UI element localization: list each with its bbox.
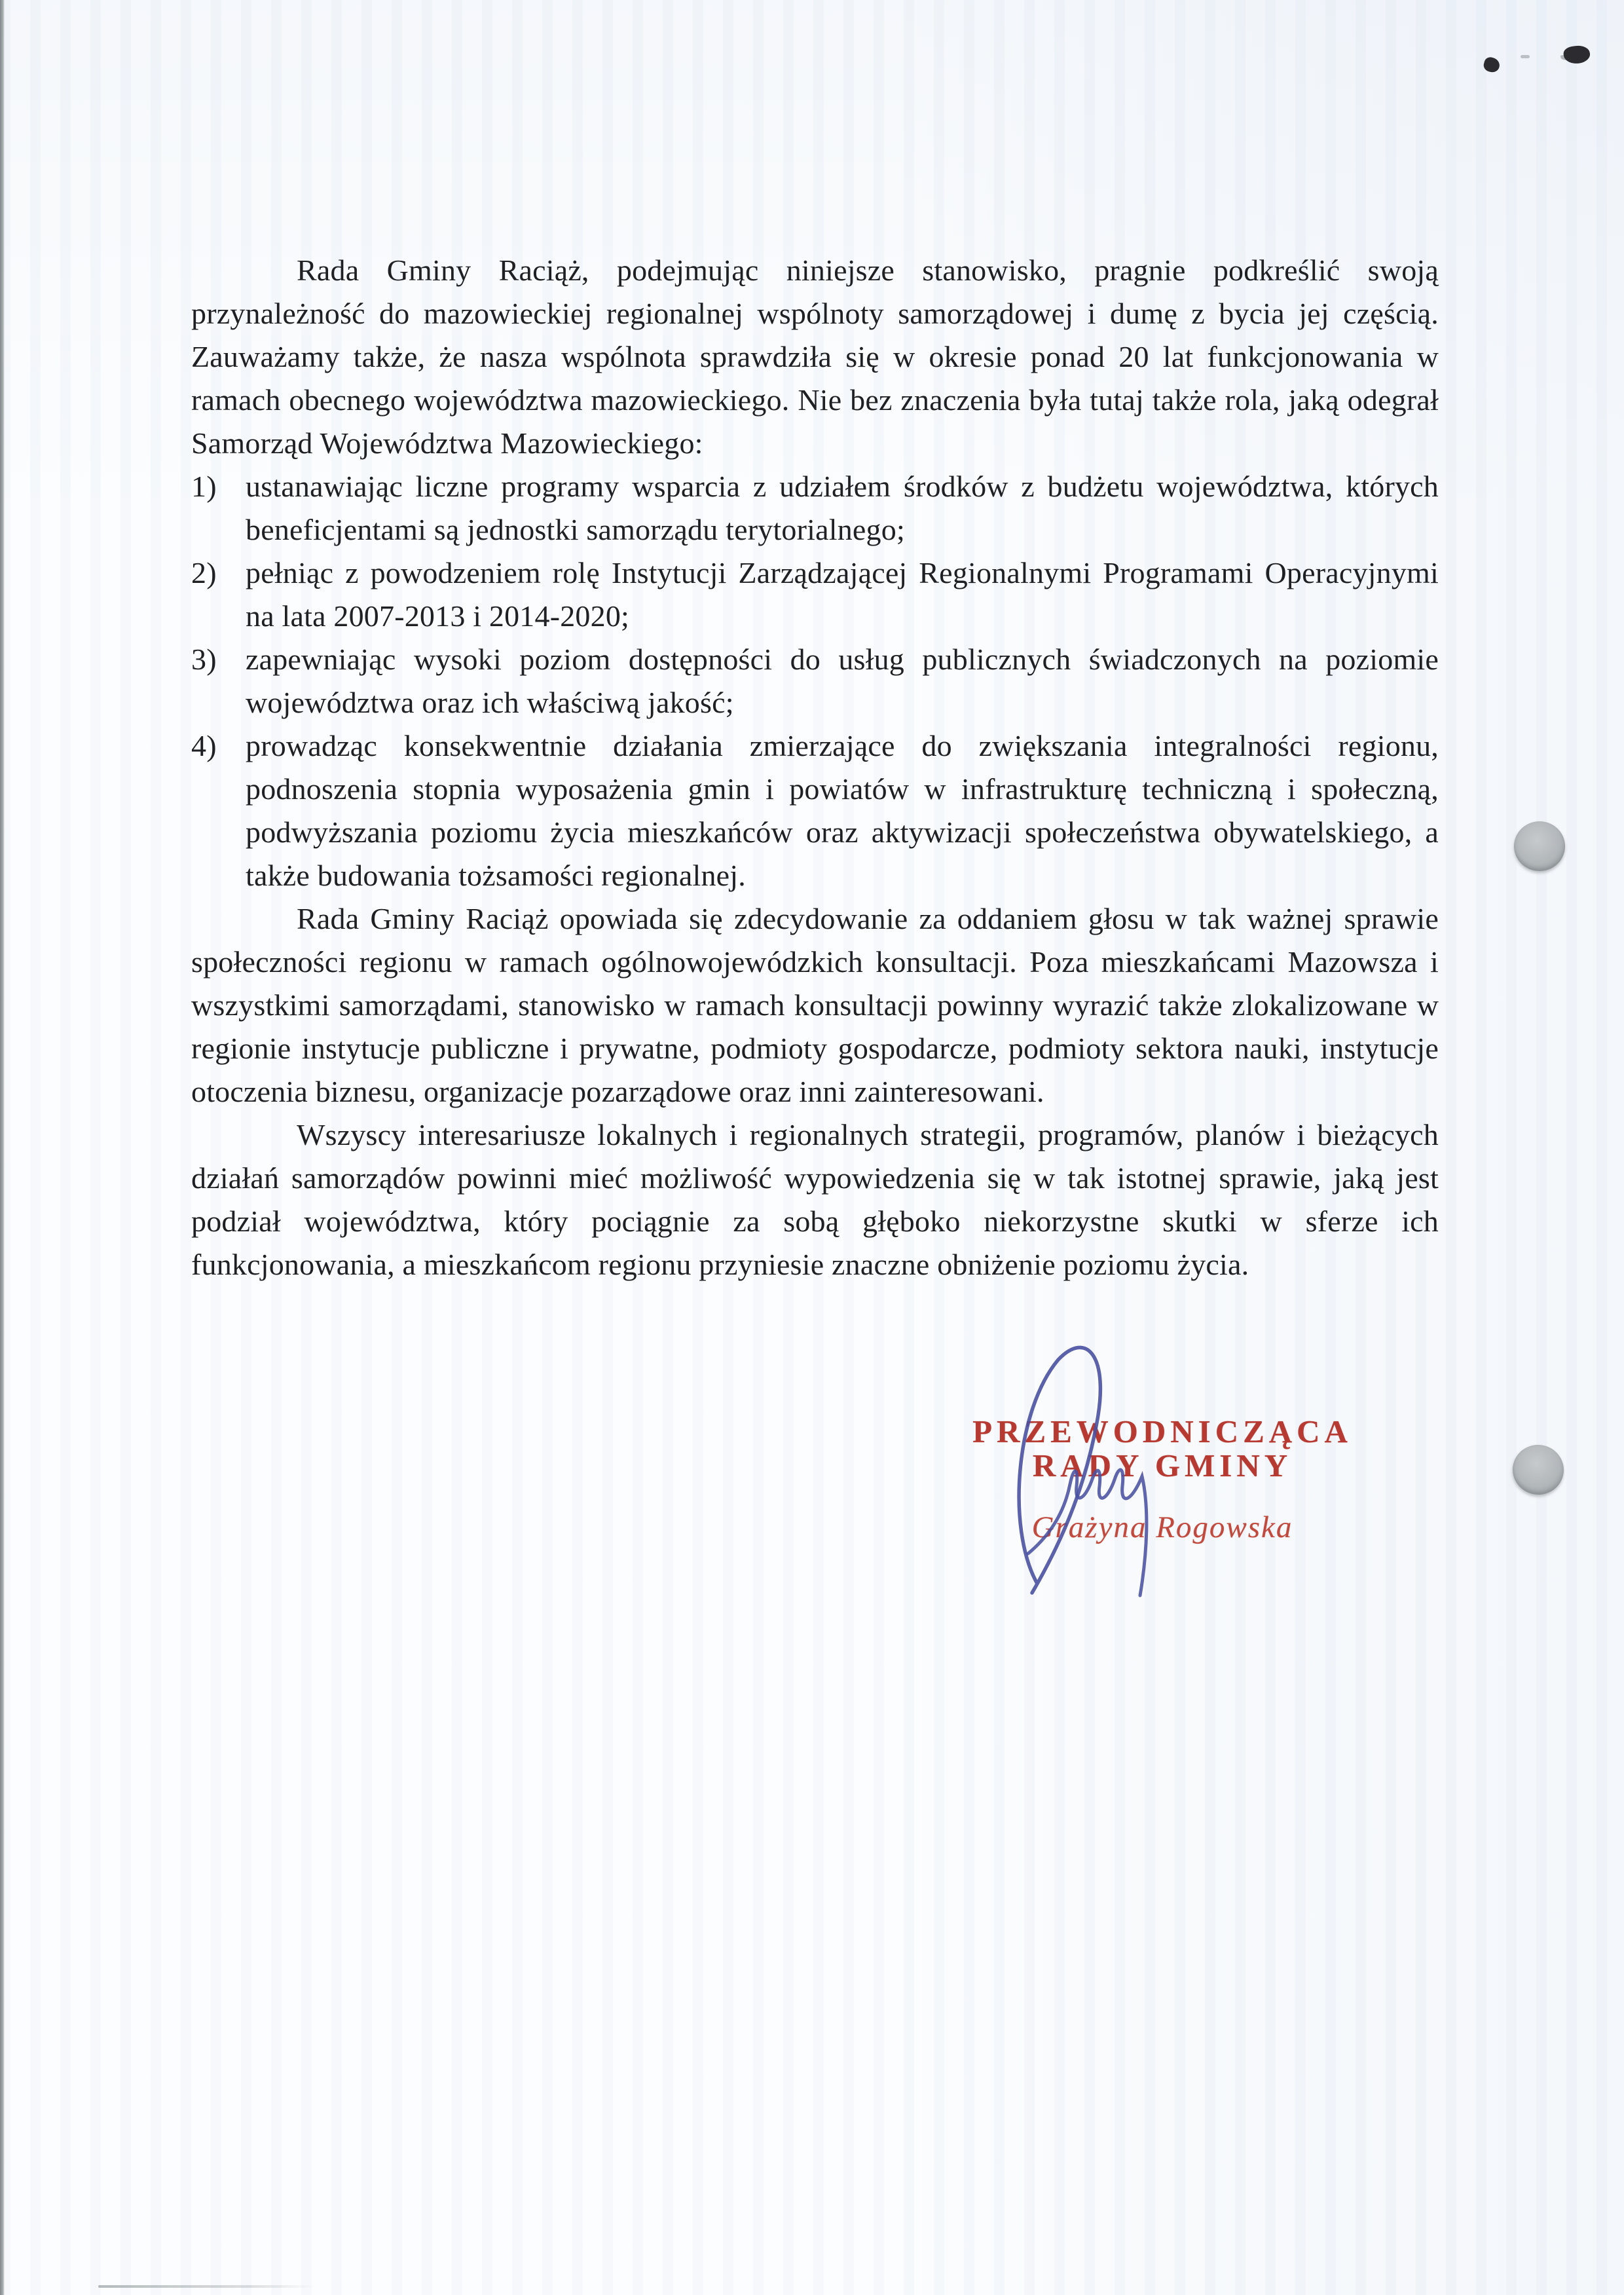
ink-speck xyxy=(1521,55,1530,58)
paragraph-1: Rada Gminy Raciąż, podejmując niniejsze … xyxy=(191,249,1439,465)
punch-hole-shadow xyxy=(1514,821,1565,871)
scan-edge-left xyxy=(0,0,5,2295)
item-marker: 1) xyxy=(191,465,246,508)
scanned-document-page: Rada Gminy Raciąż, podejmując niniejsze … xyxy=(0,0,1624,2295)
scan-edge-bottom xyxy=(98,2285,314,2288)
item-marker: 4) xyxy=(191,724,246,768)
list-item: 3)zapewniając wysoki poziom dostępności … xyxy=(191,638,1439,724)
item-text: ustanawiając liczne programy wsparcia z … xyxy=(246,470,1439,546)
punch-hole-shadow xyxy=(1509,1442,1567,1498)
item-text: zapewniając wysoki poziom dostępności do… xyxy=(246,643,1439,719)
handwritten-signature xyxy=(990,1336,1213,1598)
item-text: prowadząc konsekwentnie działania zmierz… xyxy=(246,729,1439,892)
paragraph-3: Wszyscy interesariusze lokalnych i regio… xyxy=(191,1113,1439,1286)
list-item: 1)ustanawiając liczne programy wsparcia … xyxy=(191,465,1439,551)
item-marker: 3) xyxy=(191,638,246,681)
numbered-list: 1)ustanawiając liczne programy wsparcia … xyxy=(191,465,1439,897)
ink-speck xyxy=(1562,44,1591,65)
ink-speck xyxy=(1483,56,1502,73)
list-item: 4)prowadząc konsekwentnie działania zmie… xyxy=(191,724,1439,897)
paragraph-2: Rada Gminy Raciąż opowiada się zdecydowa… xyxy=(191,897,1439,1113)
document-body: Rada Gminy Raciąż, podejmując niniejsze … xyxy=(191,249,1439,1286)
list-item: 2)pełniąc z powodzeniem rolę Instytucji … xyxy=(191,551,1439,638)
item-text: pełniąc z powodzeniem rolę Instytucji Za… xyxy=(246,556,1439,633)
item-marker: 2) xyxy=(191,551,246,595)
